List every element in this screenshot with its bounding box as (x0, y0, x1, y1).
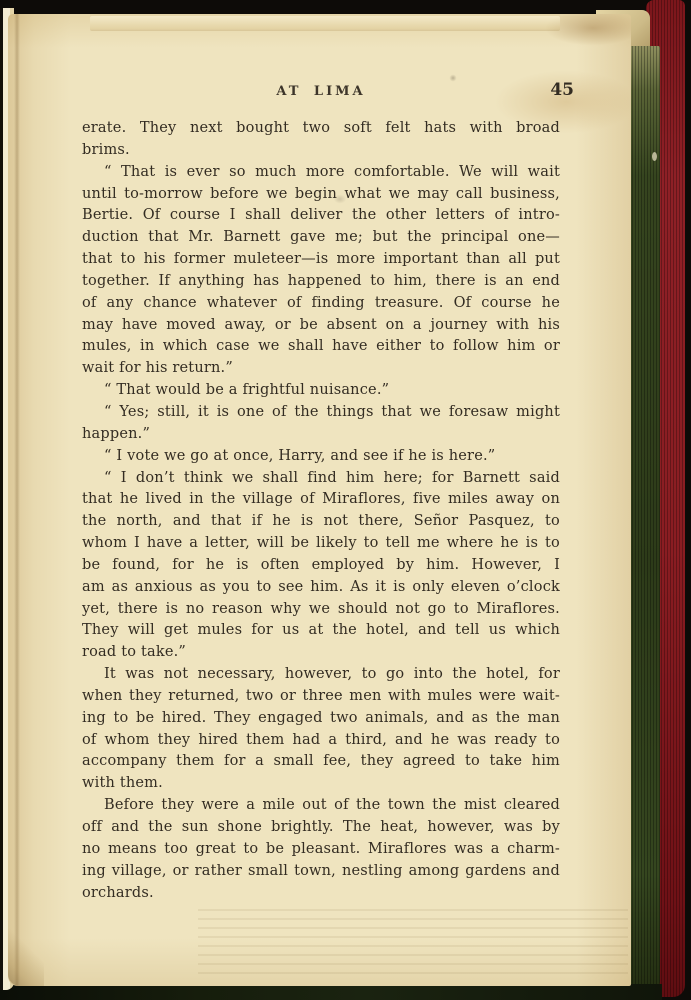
text-line: may have moved away, or be absent on a j… (82, 315, 560, 337)
bottom-shadow-strip (0, 984, 662, 1000)
top-page-edge-band (90, 16, 560, 31)
text-line: Before they were a mile out of the town … (82, 795, 560, 817)
running-head: AT LIMA (82, 80, 560, 99)
text-line: the north, and that if he is not there, … (82, 511, 560, 533)
text-line: duction that Mr. Barnett gave me; but th… (82, 227, 560, 249)
text-line: Bertie. Of course I shall deliver the ot… (82, 205, 560, 227)
text-line: until to-morrow before we begin what we … (82, 184, 560, 206)
page-edges-green (626, 46, 660, 988)
text-line: mules, in which case we shall have eithe… (82, 336, 560, 358)
text-line: of any chance whatever of finding treasu… (82, 293, 560, 315)
text-line: It was not necessary, however, to go int… (82, 664, 560, 686)
page-header: AT LIMA 45 (82, 80, 560, 104)
text-line: “ Yes; still, it is one of the things th… (82, 402, 560, 424)
text-line: wait for his return.” (82, 358, 560, 380)
text-line: brims. (82, 140, 560, 162)
text-line: of whom they hired them had a third, and… (82, 730, 560, 752)
text-line: ing village, or rather small town, nestl… (82, 861, 560, 883)
text-line: road to take.” (82, 642, 560, 664)
page-number: 45 (550, 80, 574, 100)
text-line: that he lived in the village of Miraflor… (82, 489, 560, 511)
text-line: whom I have a letter, will be likely to … (82, 533, 560, 555)
text-line: happen.” (82, 424, 560, 446)
text-line: yet, there is no reason why we should no… (82, 599, 560, 621)
page-edge-speck (652, 152, 657, 161)
corner-curl-shadow (8, 922, 44, 986)
body-text: erate. They next bought two soft felt ha… (82, 118, 560, 904)
text-line: erate. They next bought two soft felt ha… (82, 118, 560, 140)
text-line: “ That is ever so much more comfortable.… (82, 162, 560, 184)
text-line: accompany them for a small fee, they agr… (82, 751, 560, 773)
book-page-scan: AT LIMA 45 erate. They next bought two s… (0, 0, 691, 1000)
text-line: that to his former muleteer—is more impo… (82, 249, 560, 271)
text-line: together. If anything has happened to hi… (82, 271, 560, 293)
text-line: “ That would be a frightful nuisance.” (82, 380, 560, 402)
text-line: “ I vote we go at once, Harry, and see i… (82, 446, 560, 468)
text-line: orchards. (82, 883, 560, 905)
text-line: when they returned, two or three men wit… (82, 686, 560, 708)
text-line: be found, for he is often employed by hi… (82, 555, 560, 577)
text-line: off and the sun shone brightly. The heat… (82, 817, 560, 839)
text-line: with them. (82, 773, 560, 795)
text-line: no means too great to be pleasant. Miraf… (82, 839, 560, 861)
text-line: “ I don’t think we shall find him here; … (82, 468, 560, 490)
text-line: ing to be hired. They engaged two animal… (82, 708, 560, 730)
gutter-crease (14, 14, 20, 986)
printed-content: AT LIMA 45 erate. They next bought two s… (82, 80, 560, 904)
text-line: am as anxious as you to see him. As it i… (82, 577, 560, 599)
text-line: They will get mules for us at the hotel,… (82, 620, 560, 642)
bottom-page-edge-streaks (198, 909, 628, 975)
book-page: AT LIMA 45 erate. They next bought two s… (8, 14, 631, 986)
